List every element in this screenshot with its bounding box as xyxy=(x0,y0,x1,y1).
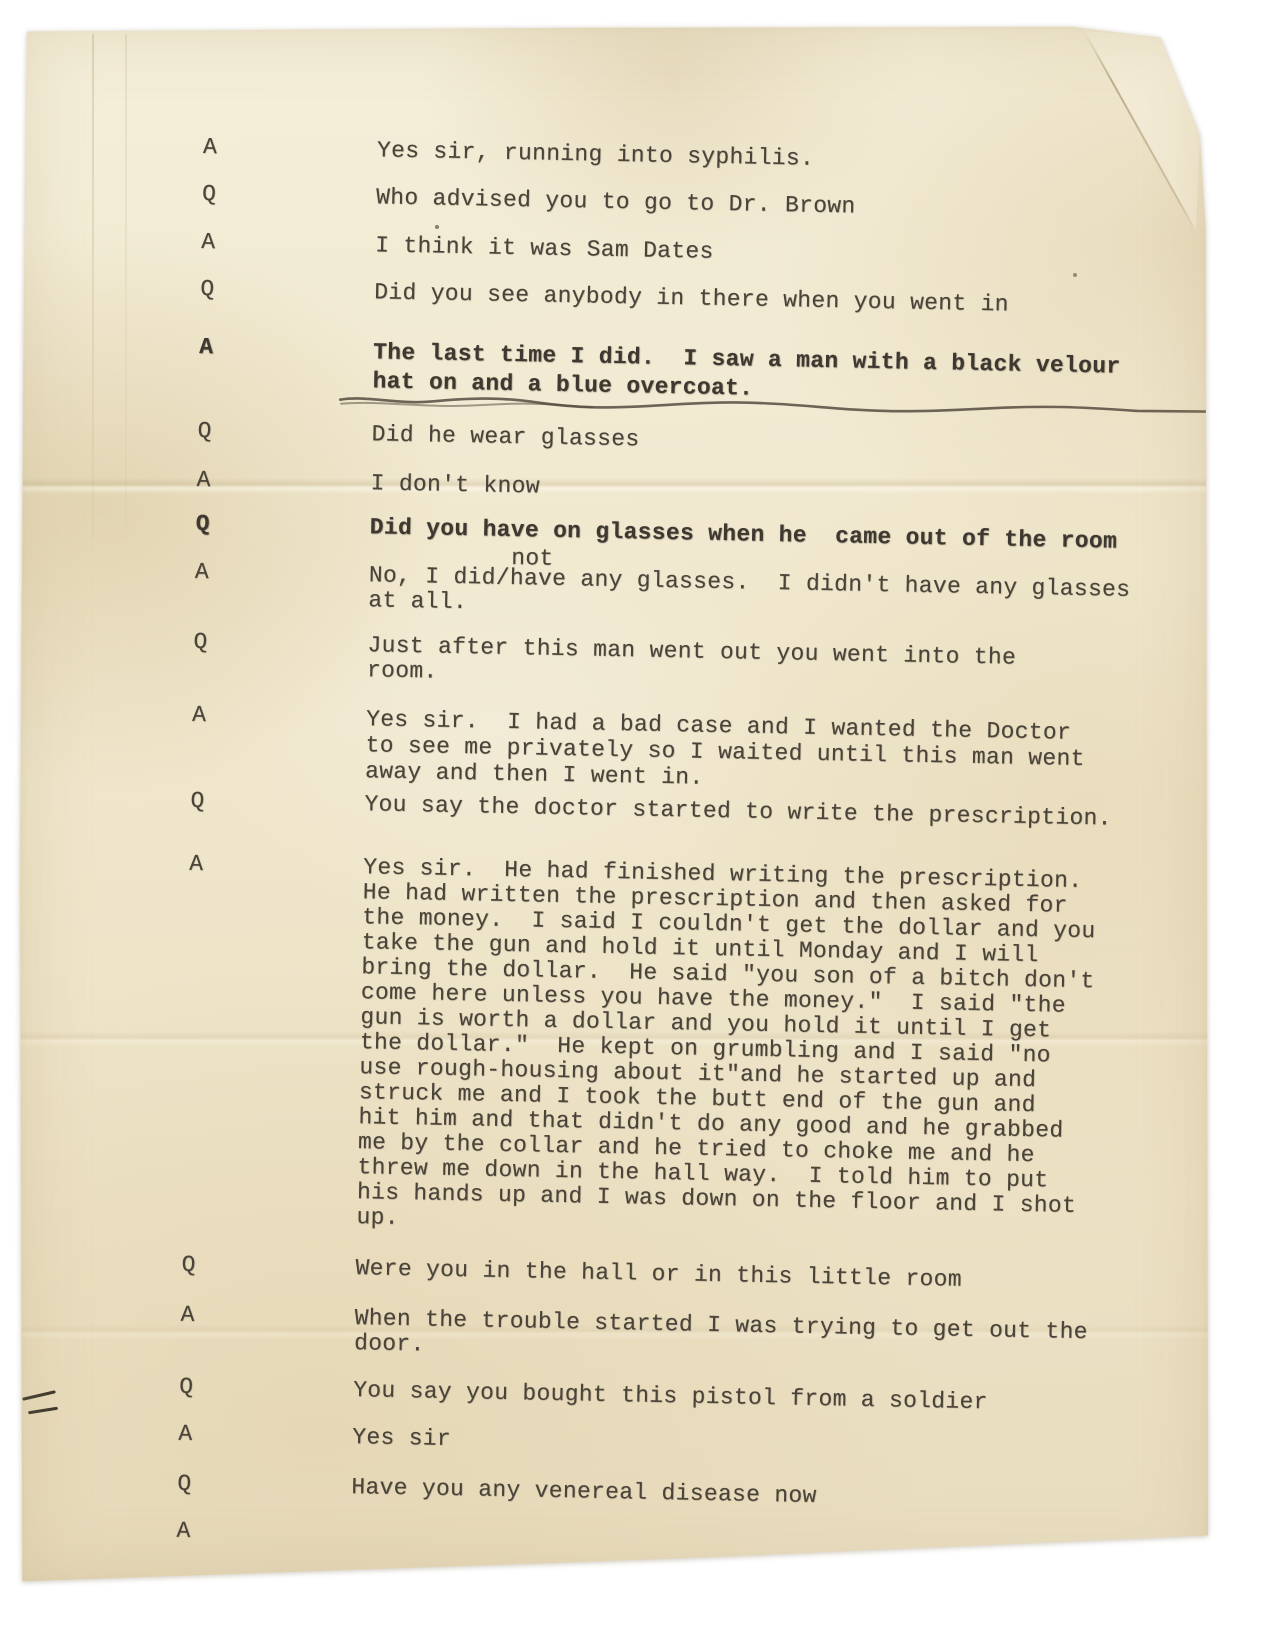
speaker-label: A xyxy=(189,852,363,880)
transcript-entry: QYou say you bought this pistol from a s… xyxy=(179,1375,988,1416)
speaker-label: A xyxy=(196,468,370,496)
entry-text: Did he wear glasses xyxy=(371,422,639,452)
transcript-entry: ANo, I did/have any glasses. I didn't ha… xyxy=(194,560,1130,628)
transcript-entry: QJust after this man went out you went i… xyxy=(193,630,1017,696)
entry-text-line: Did you see anybody in there when you we… xyxy=(374,280,1009,317)
speaker-label: Q xyxy=(190,789,364,817)
entry-text: You say you bought this pistol from a so… xyxy=(353,1378,988,1415)
entry-text-line: Were you in the hall or in this little r… xyxy=(355,1256,962,1293)
entry-text: Yes sir, running into syphilis. xyxy=(377,138,815,171)
transcript-entry: AYes sir, running into syphilis. xyxy=(203,135,815,172)
speaker-label: A xyxy=(178,1422,352,1450)
typed-insertion-not: not xyxy=(511,546,554,572)
entry-text: Just after this man went out you went in… xyxy=(367,633,1017,695)
entry-text: Did you have on glasses when he came out… xyxy=(370,515,1118,554)
speaker-label: A xyxy=(176,1519,350,1547)
transcript-entry: QWere you in the hall or in this little … xyxy=(181,1253,962,1293)
speaker-label: A xyxy=(203,135,377,163)
transcript-entry: A xyxy=(176,1519,350,1547)
transcript-body: AYes sir, running into syphilis.QWho adv… xyxy=(5,15,1223,1594)
speaker-label: A xyxy=(201,230,375,258)
transcript-entry: AYes sir. He had finished writing the pr… xyxy=(182,852,1096,1244)
speaker-label: Q xyxy=(193,630,367,658)
scanned-page-wrap: AYes sir, running into syphilis.QWho adv… xyxy=(20,26,1208,1582)
entry-text: Yes sir xyxy=(352,1425,451,1452)
transcript-entry: QDid you have on glasses when he came ou… xyxy=(196,512,1118,555)
document-page: AYes sir, running into syphilis.QWho adv… xyxy=(20,26,1208,1582)
entry-text-line: Yes sir xyxy=(352,1425,451,1452)
entry-text-line: Have you any venereal disease now xyxy=(351,1475,817,1509)
entry-text-line: Who advised you to go to Dr. Brown xyxy=(376,185,856,219)
speaker-label: A xyxy=(199,335,373,363)
entry-text: You say the doctor started to write the … xyxy=(364,792,1112,831)
transcript-entry: AWhen the trouble started I was trying t… xyxy=(180,1303,1088,1370)
entry-text-line: You say you bought this pistol from a so… xyxy=(353,1378,988,1415)
speaker-label: Q xyxy=(181,1253,355,1281)
entry-text: I don't know xyxy=(370,471,540,499)
entry-text: I think it was Sam Dates xyxy=(375,233,714,264)
entry-text: Yes sir. He had finished writing the pre… xyxy=(356,855,1096,1244)
entry-text: No, I did/have any glasses. I didn't hav… xyxy=(368,563,1130,628)
transcript-entry: AYes sir. I had a bad case and I wanted … xyxy=(191,703,1086,798)
speaker-label: A xyxy=(192,703,366,731)
entry-text: Who advised you to go to Dr. Brown xyxy=(376,185,856,219)
speaker-label: Q xyxy=(179,1375,353,1403)
entry-text-line: Yes sir, running into syphilis. xyxy=(377,138,815,171)
transcript-entry: QDid you see anybody in there when you w… xyxy=(200,277,1009,318)
entry-text: Have you any venereal disease now xyxy=(351,1475,817,1509)
transcript-entry: QHave you any venereal disease now xyxy=(177,1472,817,1509)
transcript-entry: QWho advised you to go to Dr. Brown xyxy=(202,182,856,220)
transcript-entry: AI don't know xyxy=(196,468,540,500)
speaker-label: A xyxy=(180,1303,354,1331)
entry-text-line: I think it was Sam Dates xyxy=(375,233,714,264)
speaker-label: Q xyxy=(200,277,374,305)
transcript-entry: AI think it was Sam Dates xyxy=(201,230,714,265)
entry-text-line: I don't know xyxy=(370,471,540,499)
speaker-label: Q xyxy=(202,182,376,210)
entry-text-line: Did he wear glasses xyxy=(371,422,639,452)
speaker-label: Q xyxy=(196,512,370,540)
transcript-entry: QDid he wear glasses xyxy=(197,419,639,452)
entry-text: When the trouble started I was trying to… xyxy=(354,1306,1088,1370)
speaker-label: A xyxy=(195,560,369,588)
entry-text: Did you see anybody in there when you we… xyxy=(374,280,1009,317)
transcript-entry: AYes sir xyxy=(178,1422,451,1452)
speaker-label: Q xyxy=(197,419,371,447)
entry-text-line: Did you have on glasses when he came out… xyxy=(370,515,1118,554)
entry-text: Were you in the hall or in this little r… xyxy=(355,1256,962,1293)
entry-text-line: You say the doctor started to write the … xyxy=(364,792,1112,831)
speaker-label: Q xyxy=(177,1472,351,1500)
transcript-entry: AThe last time I did. I saw a man with a… xyxy=(198,335,1120,411)
entry-text: Yes sir. I had a bad case and I wanted t… xyxy=(365,706,1086,798)
